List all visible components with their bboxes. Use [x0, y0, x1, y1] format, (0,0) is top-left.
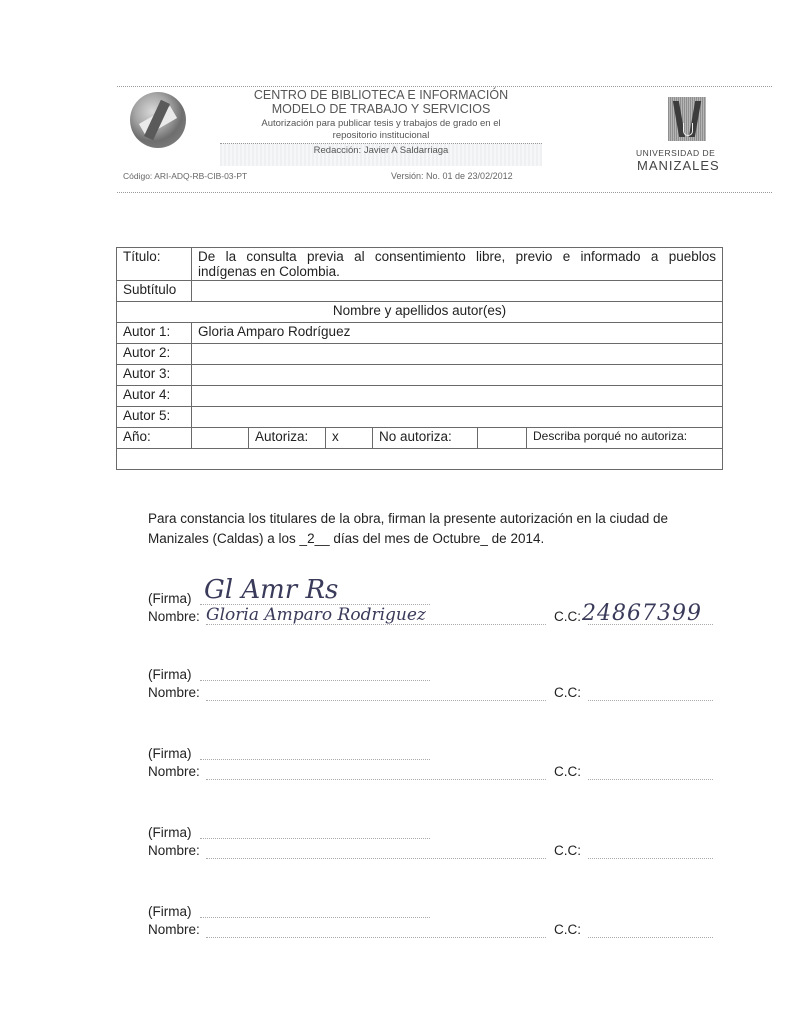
cc-label: C.C: — [554, 609, 581, 624]
firma-field[interactable] — [200, 759, 430, 760]
header-bottom-rule — [117, 192, 772, 193]
anio-label: Año: — [117, 428, 192, 449]
table-row-author: Autor 5: — [117, 407, 723, 428]
signature-block-4: (Firma) Nombre: C.C: — [148, 825, 718, 861]
header-line-1: CENTRO DE BIBLIOTECA E INFORMACIÓN — [220, 88, 542, 102]
cc-field[interactable] — [588, 937, 713, 938]
cc-field[interactable] — [588, 779, 713, 780]
table-row-author: Autor 1: Gloria Amparo Rodríguez — [117, 323, 723, 344]
autoriza-label: Autoriza: — [249, 428, 326, 449]
table-row-authors-header: Nombre y apellidos autor(es) — [117, 302, 723, 323]
table-row-describa — [117, 449, 723, 470]
table-row-author: Autor 3: — [117, 365, 723, 386]
author-1-field[interactable]: Gloria Amparo Rodríguez — [192, 323, 723, 344]
autoriza-checkbox[interactable]: x — [326, 428, 373, 449]
titulo-field[interactable]: De la consulta previa al consentimiento … — [192, 248, 723, 281]
author-2-field[interactable] — [192, 344, 723, 365]
signature-block-3: (Firma) Nombre: C.C: — [148, 746, 718, 782]
firma-label: (Firma) — [148, 667, 192, 682]
handwritten-signature[interactable]: Gl Amr Rs — [204, 575, 338, 605]
header-line-3: Autorización para publicar tesis y traba… — [220, 118, 542, 129]
header-top-rule — [117, 86, 772, 87]
table-row-subtitulo: Subtítulo — [117, 281, 723, 302]
header-redaccion: Redacción: Javier A Saldarriaga — [220, 145, 542, 156]
nombre-field[interactable] — [206, 779, 546, 780]
author-3-field[interactable] — [192, 365, 723, 386]
signature-block-5: (Firma) Nombre: C.C: — [148, 904, 718, 940]
nombre-field[interactable] — [206, 858, 546, 859]
author-4-label: Autor 4: — [117, 386, 192, 407]
firma-label: (Firma) — [148, 825, 192, 840]
table-row-authorization: Año: Autoriza: x No autoriza: Describa p… — [117, 428, 723, 449]
document-version: Versión: No. 01 de 23/02/2012 — [391, 171, 513, 181]
firma-field[interactable] — [200, 680, 430, 681]
firma-label: (Firma) — [148, 904, 192, 919]
author-4-field[interactable] — [192, 386, 723, 407]
nombre-field[interactable] — [206, 700, 546, 701]
author-1-label: Autor 1: — [117, 323, 192, 344]
cc-label: C.C: — [554, 764, 581, 779]
describa-field[interactable] — [117, 449, 723, 470]
firma-field[interactable] — [200, 917, 430, 918]
signature-block-1: (Firma) Gl Amr Rs Nombre: Gloria Amparo … — [148, 591, 718, 627]
library-logo-icon — [130, 92, 186, 148]
nombre-label: Nombre: — [148, 764, 200, 779]
titulo-value-line-2: indígenas en Colombia. — [198, 264, 340, 279]
header-line-2: MODELO DE TRABAJO Y SERVICIOS — [220, 102, 542, 116]
describa-label: Describa porqué no autoriza: — [527, 428, 723, 449]
cc-field[interactable] — [588, 700, 713, 701]
titulo-label: Título: — [117, 248, 192, 281]
nombre-field[interactable] — [206, 937, 546, 938]
subtitulo-field[interactable] — [192, 281, 723, 302]
university-name-line-2: MANIZALES — [637, 158, 720, 173]
cc-label: C.C: — [554, 922, 581, 937]
nombre-label: Nombre: — [148, 609, 200, 624]
signature-block-2: (Firma) Nombre: C.C: — [148, 667, 718, 703]
firma-field[interactable] — [200, 838, 430, 839]
cc-label: C.C: — [554, 843, 581, 858]
anio-field[interactable] — [192, 428, 249, 449]
consent-paragraph: Para constancia los titulares de la obra… — [148, 509, 723, 549]
document-code: Código: ARI-ADQ-RB-CIB-03-PT — [123, 171, 247, 181]
header-line-4: repositorio institucional — [220, 130, 542, 141]
authorization-form-table: Título: De la consulta previa al consent… — [116, 247, 723, 470]
authors-header: Nombre y apellidos autor(es) — [117, 302, 723, 323]
consent-paragraph-line-2: Manizales (Caldas) a los _2__ días del m… — [148, 529, 723, 549]
no-autoriza-label: No autoriza: — [373, 428, 478, 449]
author-3-label: Autor 3: — [117, 365, 192, 386]
nombre-label: Nombre: — [148, 843, 200, 858]
handwritten-name[interactable]: Gloria Amparo Rodriguez — [206, 605, 426, 625]
university-logo-icon — [668, 97, 706, 141]
titulo-value-line-1: De la consulta previa al consentimiento … — [198, 249, 716, 264]
cc-label: C.C: — [554, 685, 581, 700]
table-row-author: Autor 2: — [117, 344, 723, 365]
nombre-label: Nombre: — [148, 685, 200, 700]
university-name-line-1: UNIVERSIDAD DE — [636, 148, 715, 158]
firma-label: (Firma) — [148, 591, 192, 606]
nombre-label: Nombre: — [148, 922, 200, 937]
author-5-label: Autor 5: — [117, 407, 192, 428]
subtitulo-label: Subtítulo — [117, 281, 192, 302]
table-row-author: Autor 4: — [117, 386, 723, 407]
cc-field[interactable] — [588, 858, 713, 859]
handwritten-cc[interactable]: 24867399 — [582, 601, 702, 626]
consent-paragraph-line-1: Para constancia los titulares de la obra… — [148, 509, 723, 529]
no-autoriza-checkbox[interactable] — [478, 428, 527, 449]
author-2-label: Autor 2: — [117, 344, 192, 365]
table-row-titulo: Título: De la consulta previa al consent… — [117, 248, 723, 281]
firma-label: (Firma) — [148, 746, 192, 761]
author-5-field[interactable] — [192, 407, 723, 428]
